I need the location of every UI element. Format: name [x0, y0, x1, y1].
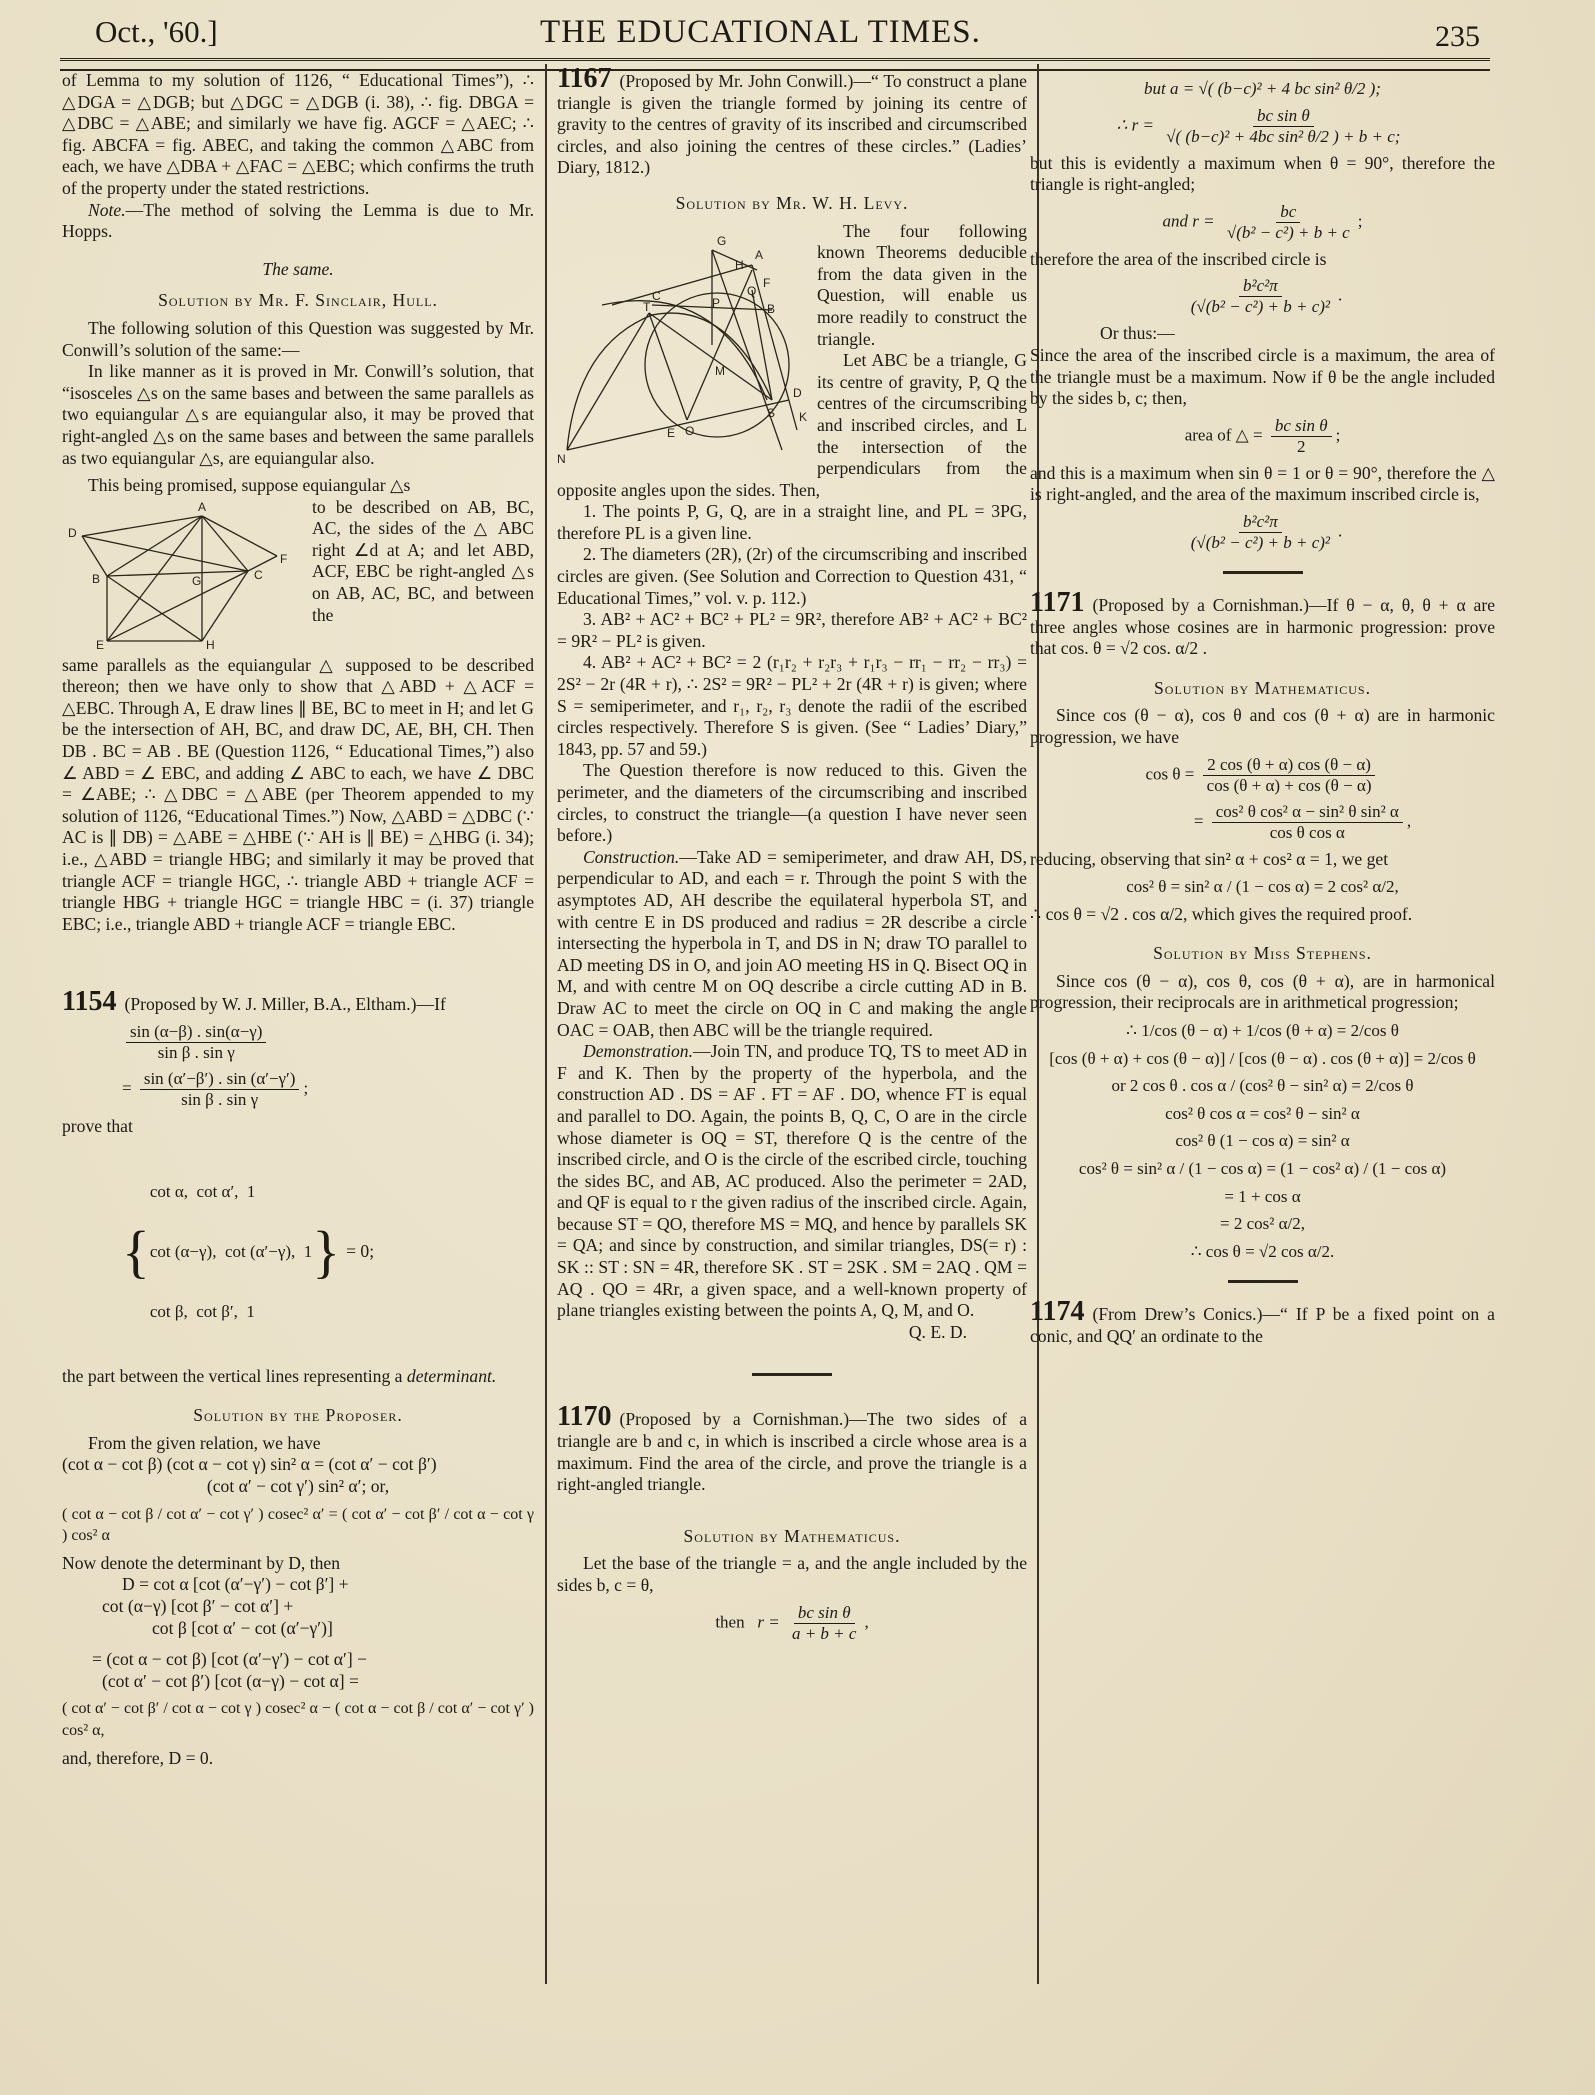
theorem-3: 3. AB² + AC² + BC² + PL² = 9R², therefor… — [557, 609, 1027, 652]
theorem-2: 2. The diameters (2R), (2r) of the circu… — [557, 544, 1027, 609]
paragraph: This being promised, suppose equiangular… — [62, 475, 534, 497]
page-number: 235 — [1435, 20, 1480, 54]
paragraph: Now denote the determinant by D, then — [62, 1553, 534, 1575]
equation: cos θ = 2 cos (θ + α) cos (θ − α)cos (θ … — [1030, 755, 1495, 796]
paragraph: and this is a maximum when sin θ = 1 or … — [1030, 463, 1495, 506]
demonstration: Demonstration.—Join TN, and produce TQ, … — [557, 1041, 1027, 1322]
page-header: Oct., '60.] THE EDUCATIONAL TIMES. 235 — [95, 14, 1465, 56]
section-divider — [1223, 571, 1303, 574]
paragraph: Since cos (θ − α), cos θ, cos (θ + α), a… — [1030, 971, 1495, 1014]
paragraph: Since the area of the inscribed circle i… — [1030, 345, 1495, 410]
paragraph: Let the base of the triangle = a, and th… — [557, 1553, 1027, 1596]
fig-label: H — [206, 638, 215, 651]
equation: ∴ 1/cos (θ − α) + 1/cos (θ + α) = 2/cos … — [1030, 1020, 1495, 1042]
equation-line: (cot α′ − cot γ′) sin² α′; or, — [62, 1476, 534, 1498]
conclusion: and, therefore, D = 0. — [62, 1748, 534, 1770]
lemma-conclusion: of Lemma to my solution of 1126, “ Educa… — [62, 70, 534, 200]
equation: ∴ cos θ = √2 cos α/2. — [1030, 1241, 1495, 1263]
svg-text:E: E — [667, 426, 675, 440]
svg-text:S: S — [767, 406, 775, 420]
svg-text:M: M — [715, 364, 725, 378]
note-paragraph: Note.—The method of solving the Lemma is… — [62, 200, 534, 243]
svg-text:P: P — [712, 296, 720, 310]
qed: Q. E. D. — [557, 1322, 1027, 1344]
publication-title: THE EDUCATIONAL TIMES. — [540, 14, 981, 51]
svg-text:K: K — [799, 410, 807, 424]
paragraph: The Question therefore is now reduced to… — [557, 760, 1027, 846]
svg-text:Q: Q — [747, 284, 756, 298]
determinant: { cot α, cot α′, 1 cot (α−γ), cot (α′−γ)… — [122, 1142, 534, 1362]
paragraph: From the given relation, we have — [62, 1433, 534, 1455]
equation: = cos² θ cos² α − sin² θ sin² αcos θ cos… — [1030, 802, 1495, 843]
question-1170: 1170(Proposed by a Cornishman.)—The two … — [557, 1406, 1027, 1495]
svg-text:G: G — [717, 234, 726, 248]
paragraph: reducing, observing that sin² α + cos² α… — [1030, 849, 1495, 871]
paragraph: The following solution of this Question … — [62, 318, 534, 361]
equation-line: ( cot α′ − cot β′ / cot α − cot γ ) cose… — [62, 1698, 534, 1741]
equation: = 1 + cos α — [1030, 1186, 1495, 1208]
solution-heading-levy: Solution by Mr. W. H. Levy. — [557, 193, 1027, 215]
newspaper-page: Oct., '60.] THE EDUCATIONAL TIMES. 235 o… — [0, 0, 1595, 2095]
theorem-4: 4. AB² + AC² + BC² = 2 (r₁r₂ + r₂r₃ + r₁… — [557, 652, 1027, 760]
theorem-1: 1. The points P, G, Q, are in a straight… — [557, 501, 1027, 544]
svg-text:N: N — [557, 452, 566, 465]
equation-line: ( cot α − cot β / cot α′ − cot γ′ ) cose… — [62, 1504, 534, 1547]
section-divider — [752, 1373, 832, 1376]
column-right: but a = √( (b−c)² + 4 bc sin² θ/2 ); ∴ r… — [1030, 70, 1495, 1348]
question-number: 1171 — [1030, 587, 1084, 618]
section-divider — [1228, 1280, 1298, 1283]
svg-text:H: H — [735, 258, 744, 272]
question-1171: 1171(Proposed by a Cornishman.)—If θ − α… — [1030, 592, 1495, 660]
equation-line: cot β [cot α′ − cot (α′−γ′)] — [62, 1618, 534, 1640]
equation-line: D = cot α [cot (α′−γ′) − cot β′] + — [62, 1574, 534, 1596]
equation-line: (cot α′ − cot β′) [cot (α−γ) − cot α] = — [62, 1671, 534, 1693]
question-number: 1154 — [62, 986, 116, 1017]
solution-heading-stephens: Solution by Miss Stephens. — [1030, 943, 1495, 965]
solution-heading-proposer: Solution by the Proposer. — [62, 1405, 534, 1427]
the-same-heading: The same. — [62, 259, 534, 281]
equation: cos² θ (1 − cos α) = sin² α — [1030, 1130, 1495, 1152]
equation-line: cot (α−γ) [cot β′ − cot α′] + — [62, 1596, 534, 1618]
question-number: 1174 — [1030, 1296, 1084, 1327]
solution-heading-mathematicus: Solution by Mathematicus. — [1030, 678, 1495, 700]
solution-heading-mathematicus: Solution by Mathematicus. — [557, 1526, 1027, 1548]
equation: sin (α−β) . sin(α−γ)sin β . sin γ — [122, 1022, 534, 1063]
paragraph: but this is evidently a maximum when θ =… — [1030, 153, 1495, 196]
question-number: 1167 — [557, 63, 611, 94]
paragraph: therefore the area of the inscribed circ… — [1030, 249, 1495, 271]
equation: but a = √( (b−c)² + 4 bc sin² θ/2 ); — [1030, 78, 1495, 100]
determinant-note: the part between the vertical lines repr… — [62, 1366, 534, 1388]
svg-text:D: D — [793, 386, 802, 400]
equation: [cos (θ + α) + cos (θ − α)] / [cos (θ − … — [1030, 1048, 1495, 1070]
construction: Construction.—Take AD = semiperimeter, a… — [557, 847, 1027, 1041]
or-thus: Or thus:— — [1030, 323, 1495, 345]
equation-line: (cot α − cot β) (cot α − cot γ) sin² α =… — [62, 1454, 534, 1476]
equation: ∴ r = bc sin θ√( (b−c)² + 4bc sin² θ/2 )… — [1030, 106, 1495, 147]
equation-line: = (cot α − cot β) [cot (α′−γ′) − cot α′]… — [62, 1649, 534, 1671]
solution-heading-sinclair: Solution by Mr. F. Sinclair, Hull. — [62, 290, 534, 312]
equation: = 2 cos² α/2, — [1030, 1213, 1495, 1235]
paragraph: Since cos (θ − α), cos θ and cos (θ + α)… — [1030, 705, 1495, 748]
equation: area of △ = bc sin θ2; — [1030, 416, 1495, 457]
fig-label: C — [254, 568, 263, 582]
column-left: of Lemma to my solution of 1126, “ Educa… — [62, 70, 534, 1769]
svg-text:B: B — [767, 302, 775, 316]
equation: and r = bc√(b² − c²) + b + c; — [1030, 202, 1495, 243]
issue-date: Oct., '60.] — [95, 14, 218, 50]
equation: cos² θ cos α = cos² θ − sin² α — [1030, 1103, 1495, 1125]
svg-text:F: F — [763, 276, 770, 290]
question-number: 1170 — [557, 1401, 611, 1432]
equation: cos² θ = sin² α / (1 − cos α) = 2 cos² α… — [1030, 876, 1495, 898]
geometry-figure-pentagon: A D F B G C E H — [62, 501, 302, 651]
prove-that: prove that — [62, 1116, 534, 1138]
question-1167: 1167(Proposed by Mr. John Conwill.)—“ To… — [557, 68, 1027, 179]
equation: b²c²π(√(b² − c²) + b + c)². — [1030, 276, 1495, 317]
paragraph: same parallels as the equiangular △ supp… — [62, 655, 534, 936]
fig-label: G — [192, 574, 201, 588]
equation: b²c²π(√(b² − c²) + b + c)². — [1030, 512, 1495, 553]
question-1174: 1174(From Drew’s Conics.)—“ If P be a fi… — [1030, 1301, 1495, 1347]
column-middle: 1167(Proposed by Mr. John Conwill.)—“ To… — [545, 64, 1039, 1984]
geometry-figure-hyperbola: G A H F Q C T P B M D S K E O N — [557, 225, 807, 465]
svg-text:C: C — [652, 289, 661, 303]
svg-text:O: O — [685, 424, 694, 438]
equation: then r = bc sin θa + b + c, — [557, 1603, 1027, 1644]
paragraph: In like manner as it is proved in Mr. Co… — [62, 361, 534, 469]
paragraph: ∴ cos θ = √2 . cos α/2, which gives the … — [1030, 904, 1495, 926]
svg-text:T: T — [643, 300, 651, 314]
equation: cos² θ = sin² α / (1 − cos α) = (1 − cos… — [1030, 1158, 1495, 1180]
svg-text:A: A — [755, 248, 763, 262]
fig-label: A — [198, 501, 206, 514]
fig-label: D — [68, 526, 77, 540]
equation: or 2 cos θ . cos α / (cos² θ − sin² α) =… — [1030, 1075, 1495, 1097]
fig-label: F — [280, 552, 287, 566]
figure-block: A D F B G C E H to be described on AB, B… — [62, 497, 534, 655]
fig-label: B — [92, 572, 100, 586]
fig-label: E — [96, 638, 104, 651]
equation: = sin (α′−β′) . sin (α′−γ′)sin β . sin γ… — [122, 1069, 534, 1110]
question-1154: 1154(Proposed by W. J. Miller, B.A., Elt… — [62, 991, 534, 1016]
figure-block: G A H F Q C T P B M D S K E O N The four… — [557, 221, 1027, 502]
